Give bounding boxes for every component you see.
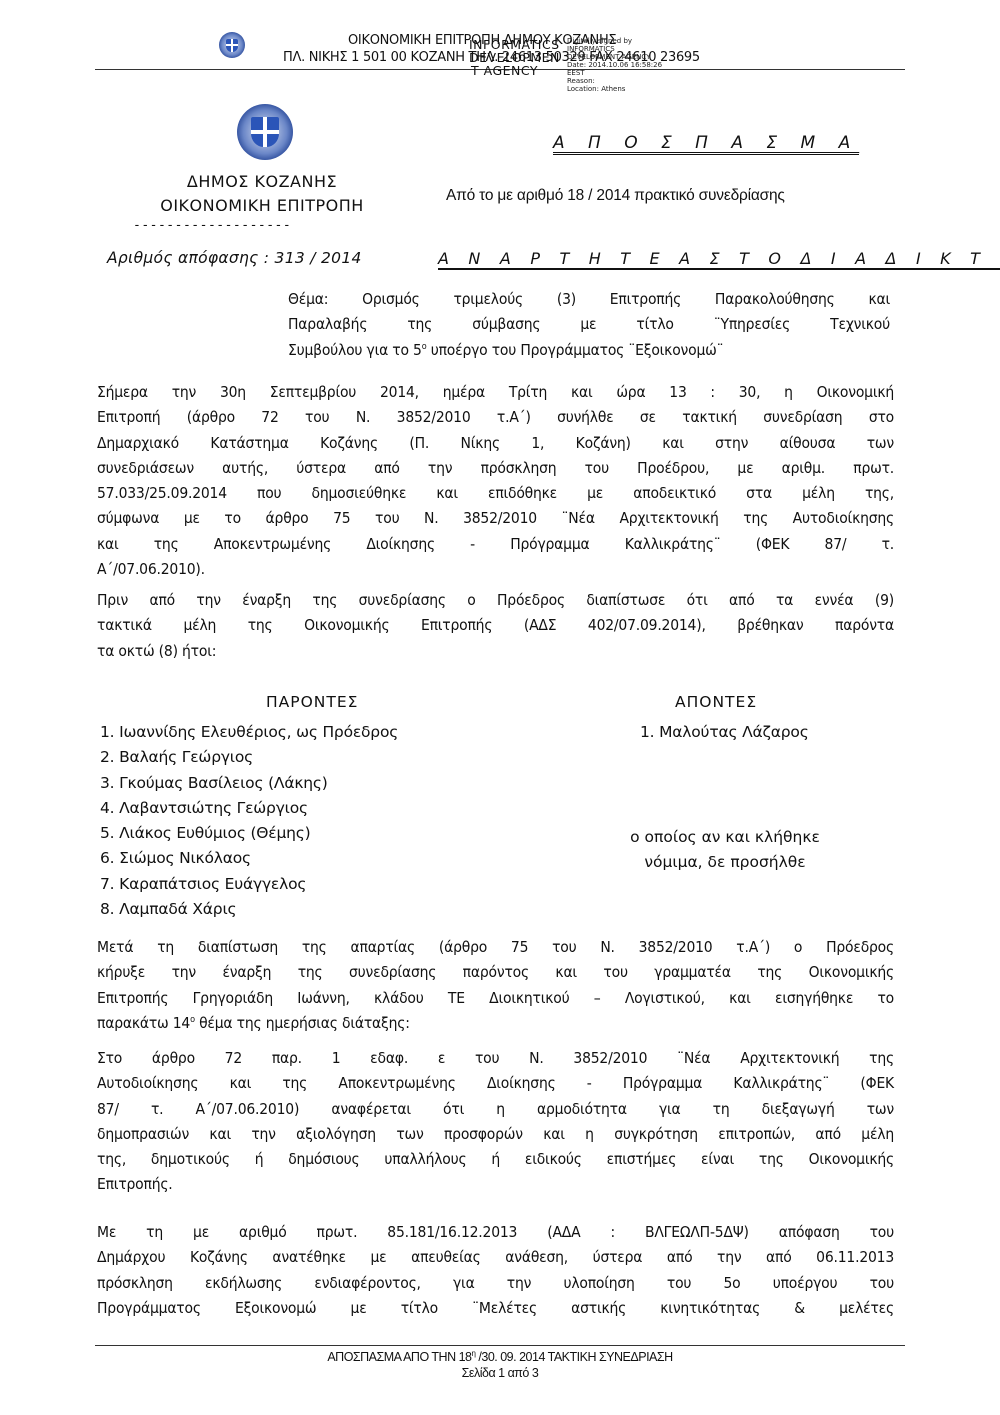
- text: θέμα της ημερήσιας διάταξης:: [195, 1014, 410, 1032]
- document-type-title: Α Π Ο Σ Π Α Σ Μ Α: [553, 133, 859, 155]
- text-line: Στο άρθρο 72 παρ. 1 εδαφ. ε του Ν. 3852/…: [97, 1046, 894, 1071]
- paragraph-quorum: Πριν από την έναρξη της συνεδρίασης ο Πρ…: [97, 588, 894, 664]
- text-line: της, δημοτικούς ή δημόσιους υπαλλήλους ή…: [97, 1147, 894, 1172]
- text-line: τα οκτώ (8) ήτοι:: [97, 639, 894, 664]
- text-line: πρόσκληση εκδήλωσης ενδιαφέροντος, για τ…: [97, 1271, 894, 1296]
- text-line: συνεδριάσεων αυτής, ύστερα από την πρόσκ…: [97, 456, 894, 481]
- text-line: Σήμερα την 30η Σεπτεμβρίου 2014, ημέρα Τ…: [97, 380, 894, 405]
- text-line: Με τη με αριθμό πρωτ. 85.181/16.12.2013 …: [97, 1220, 894, 1245]
- list-item: 3. Γκούμας Βασίλειος (Λάκης): [100, 771, 398, 796]
- subject-text: υποέργο του Προγράμματος ¨Εξοικονομώ¨: [427, 341, 724, 359]
- text-line: Πριν από την έναρξη της συνεδρίασης ο Πρ…: [97, 588, 894, 613]
- text-line: 57.033/25.09.2014 που δημοσιεύθηκε και ε…: [97, 481, 894, 506]
- absent-note: ο οποίος αν και κλήθηκε νόμιμα, δε προσή…: [580, 825, 870, 876]
- signature-details: Digitally signed by INFORMATICS DEVELOPM…: [567, 37, 662, 93]
- signature-detail: Digitally signed by: [567, 37, 662, 45]
- signature-detail: Location: Athens: [567, 85, 662, 93]
- text-line: Α΄/07.06.2010).: [97, 557, 894, 582]
- coat-of-arms-icon: [237, 104, 293, 160]
- text-line: Δημάρχου Κοζάνης ανατέθηκε με απευθείας …: [97, 1245, 894, 1270]
- footer-text: ΑΠΟΣΠΑΣΜΑ ΑΠΟ ΤΗΝ 18: [327, 1350, 471, 1364]
- list-item: 8. Λαμπαδά Χάρις: [100, 897, 398, 922]
- footer-title: ΑΠΟΣΠΑΣΜΑ ΑΠΟ ΤΗΝ 18η /30. 09. 2014 ΤΑΚΤ…: [0, 1350, 1000, 1365]
- text-line: Αυτοδιοίκησης και της Αποκεντρωμένης Διο…: [97, 1071, 894, 1096]
- page-number: Σελίδα 1 από 3: [0, 1366, 1000, 1381]
- absent-member: 1. Μαλούτας Λάζαρος: [640, 720, 809, 745]
- text-line: Επιτροπή (άρθρο 72 του Ν. 3852/2010 τ.Α΄…: [97, 405, 894, 430]
- text-line: και της Αποκεντρωμένης Διοίκησης - Πρόγρ…: [97, 532, 894, 557]
- minutes-reference: Από το με αριθμό 18 / 2014 πρακτικό συνε…: [446, 187, 785, 205]
- signature-signer-name: INFORMATICS DEVELOPMEN T AGENCY: [469, 38, 560, 77]
- paragraph-mayor-decision: Με τη με αριθμό πρωτ. 85.181/16.12.2013 …: [97, 1220, 894, 1321]
- text-line: παρακάτω 14ο θέμα της ημερήσιας διάταξης…: [97, 1011, 894, 1036]
- department-name: ΔΗΜΟΣ ΚΟΖΑΝΗΣ ΟΙΚΟΝΟΜΙΚΗ ΕΠΙΤΡΟΠΗ: [112, 170, 412, 218]
- subject-block: Θέμα: Ορισμός τριμελούς (3) Επιτροπής Πα…: [288, 287, 890, 363]
- signature-detail: Date: 2014.10.06 16:58:26: [567, 61, 662, 69]
- footer-rule: [95, 1345, 905, 1346]
- signature-detail: Reason:: [567, 77, 662, 85]
- header-emblem-icon: [219, 32, 245, 58]
- subject-line: Παραλαβής της σύμβασης με τίτλο ¨Υπηρεσί…: [288, 312, 890, 337]
- department-line1: ΔΗΜΟΣ ΚΟΖΑΝΗΣ: [112, 170, 412, 194]
- subject-text: Συμβούλου για το 5: [288, 341, 422, 359]
- text: παρακάτω 14: [97, 1014, 190, 1032]
- text-line: Προγράμματος Εξοικονομώ με τίτλο ¨Μελέτε…: [97, 1296, 894, 1321]
- paragraph-session-opening: Μετά τη διαπίστωση της απαρτίας (άρθρο 7…: [97, 935, 894, 1036]
- subject-line: Συμβούλου για το 5ο υποέργο του Προγράμμ…: [288, 338, 890, 363]
- text-line: Μετά τη διαπίστωση της απαρτίας (άρθρο 7…: [97, 935, 894, 960]
- signature-detail: DEVELOPMENT AGENCY: [567, 53, 662, 61]
- decision-number: Αριθμός απόφασης : 313 / 2014: [107, 249, 362, 267]
- department-line2: ΟΙΚΟΝΟΜΙΚΗ ΕΠΙΤΡΟΠΗ: [112, 194, 412, 218]
- footer-text: /30. 09. 2014 ΤΑΚΤΙΚΗ ΣΥΝΕΔΡΙΑΣΗ: [475, 1350, 672, 1364]
- department-dashes: -------------------: [133, 218, 291, 233]
- text-line: Δημαρχιακό Κατάστημα Κοζάνης (Π. Νίκης 1…: [97, 431, 894, 456]
- list-item: 6. Σιώμος Νικόλαος: [100, 846, 398, 871]
- list-item: 4. Λαβαντσιώτης Γεώργιος: [100, 796, 398, 821]
- present-members-list: 1. Ιωαννίδης Ελευθέριος, ως Πρόεδρος 2. …: [100, 720, 398, 922]
- text-line: Επιτροπής Γρηγοριάδη Ιωάννη, κλάδου ΤΕ Δ…: [97, 986, 894, 1011]
- text-line: σύμφωνα με το άρθρο 75 του Ν. 3852/2010 …: [97, 506, 894, 531]
- subject-line: Θέμα: Ορισμός τριμελούς (3) Επιτροπής Πα…: [288, 287, 890, 312]
- absent-note-line1: ο οποίος αν και κλήθηκε: [580, 825, 870, 850]
- signature-signer-line3: T AGENCY: [471, 64, 560, 77]
- list-item: 2. Βαλαής Γεώργιος: [100, 745, 398, 770]
- absent-note-line2: νόμιμα, δε προσήλθε: [580, 850, 870, 875]
- text-line: κήρυξε την έναρξη της συνεδρίασης παρόντ…: [97, 960, 894, 985]
- text-line: δημοπρασιών και την αξιολόγηση των προσφ…: [97, 1122, 894, 1147]
- absent-header: ΑΠΟΝΤΕΣ: [675, 693, 757, 711]
- signature-detail: INFORMATICS: [567, 45, 662, 53]
- list-item: 1. Ιωαννίδης Ελευθέριος, ως Πρόεδρος: [100, 720, 398, 745]
- list-item: 7. Καραπάτσιος Ευάγγελος: [100, 872, 398, 897]
- paragraph-meeting-intro: Σήμερα την 30η Σεπτεμβρίου 2014, ημέρα Τ…: [97, 380, 894, 582]
- text-line: 87/ τ. Α΄/07.06.2010) αναφέρεται ότι η α…: [97, 1097, 894, 1122]
- present-header: ΠΑΡΟΝΤΕΣ: [266, 693, 358, 711]
- paragraph-legal-basis: Στο άρθρο 72 παρ. 1 εδαφ. ε του Ν. 3852/…: [97, 1046, 894, 1198]
- text-line: τακτικά μέλη της Οικονομικής Επιτροπής (…: [97, 613, 894, 638]
- signature-detail: EEST: [567, 69, 662, 77]
- publish-notice: Α Ν Α Ρ Τ Η Τ Ε Α Σ Τ Ο Δ Ι Α Δ Ι Κ Τ Υ …: [438, 249, 1000, 270]
- text-line: Επιτροπής.: [97, 1172, 894, 1197]
- list-item: 5. Λιάκος Ευθύμιος (Θέμης): [100, 821, 398, 846]
